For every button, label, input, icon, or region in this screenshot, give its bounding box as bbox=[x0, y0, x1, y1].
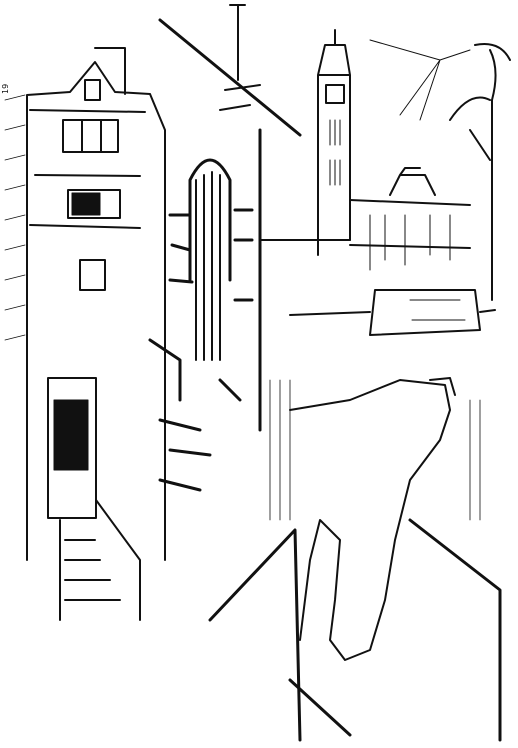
gothic-building bbox=[150, 5, 300, 490]
big-ben bbox=[318, 30, 350, 255]
tree bbox=[370, 40, 510, 300]
parliament bbox=[260, 168, 470, 270]
falling-man bbox=[290, 378, 455, 660]
signature-mark: 19 bbox=[1, 84, 10, 94]
rooftop-foreground bbox=[210, 380, 500, 740]
illustration: 19 bbox=[0, 0, 518, 748]
left-houses bbox=[5, 48, 165, 620]
bus bbox=[290, 290, 495, 335]
doorway bbox=[48, 378, 140, 620]
